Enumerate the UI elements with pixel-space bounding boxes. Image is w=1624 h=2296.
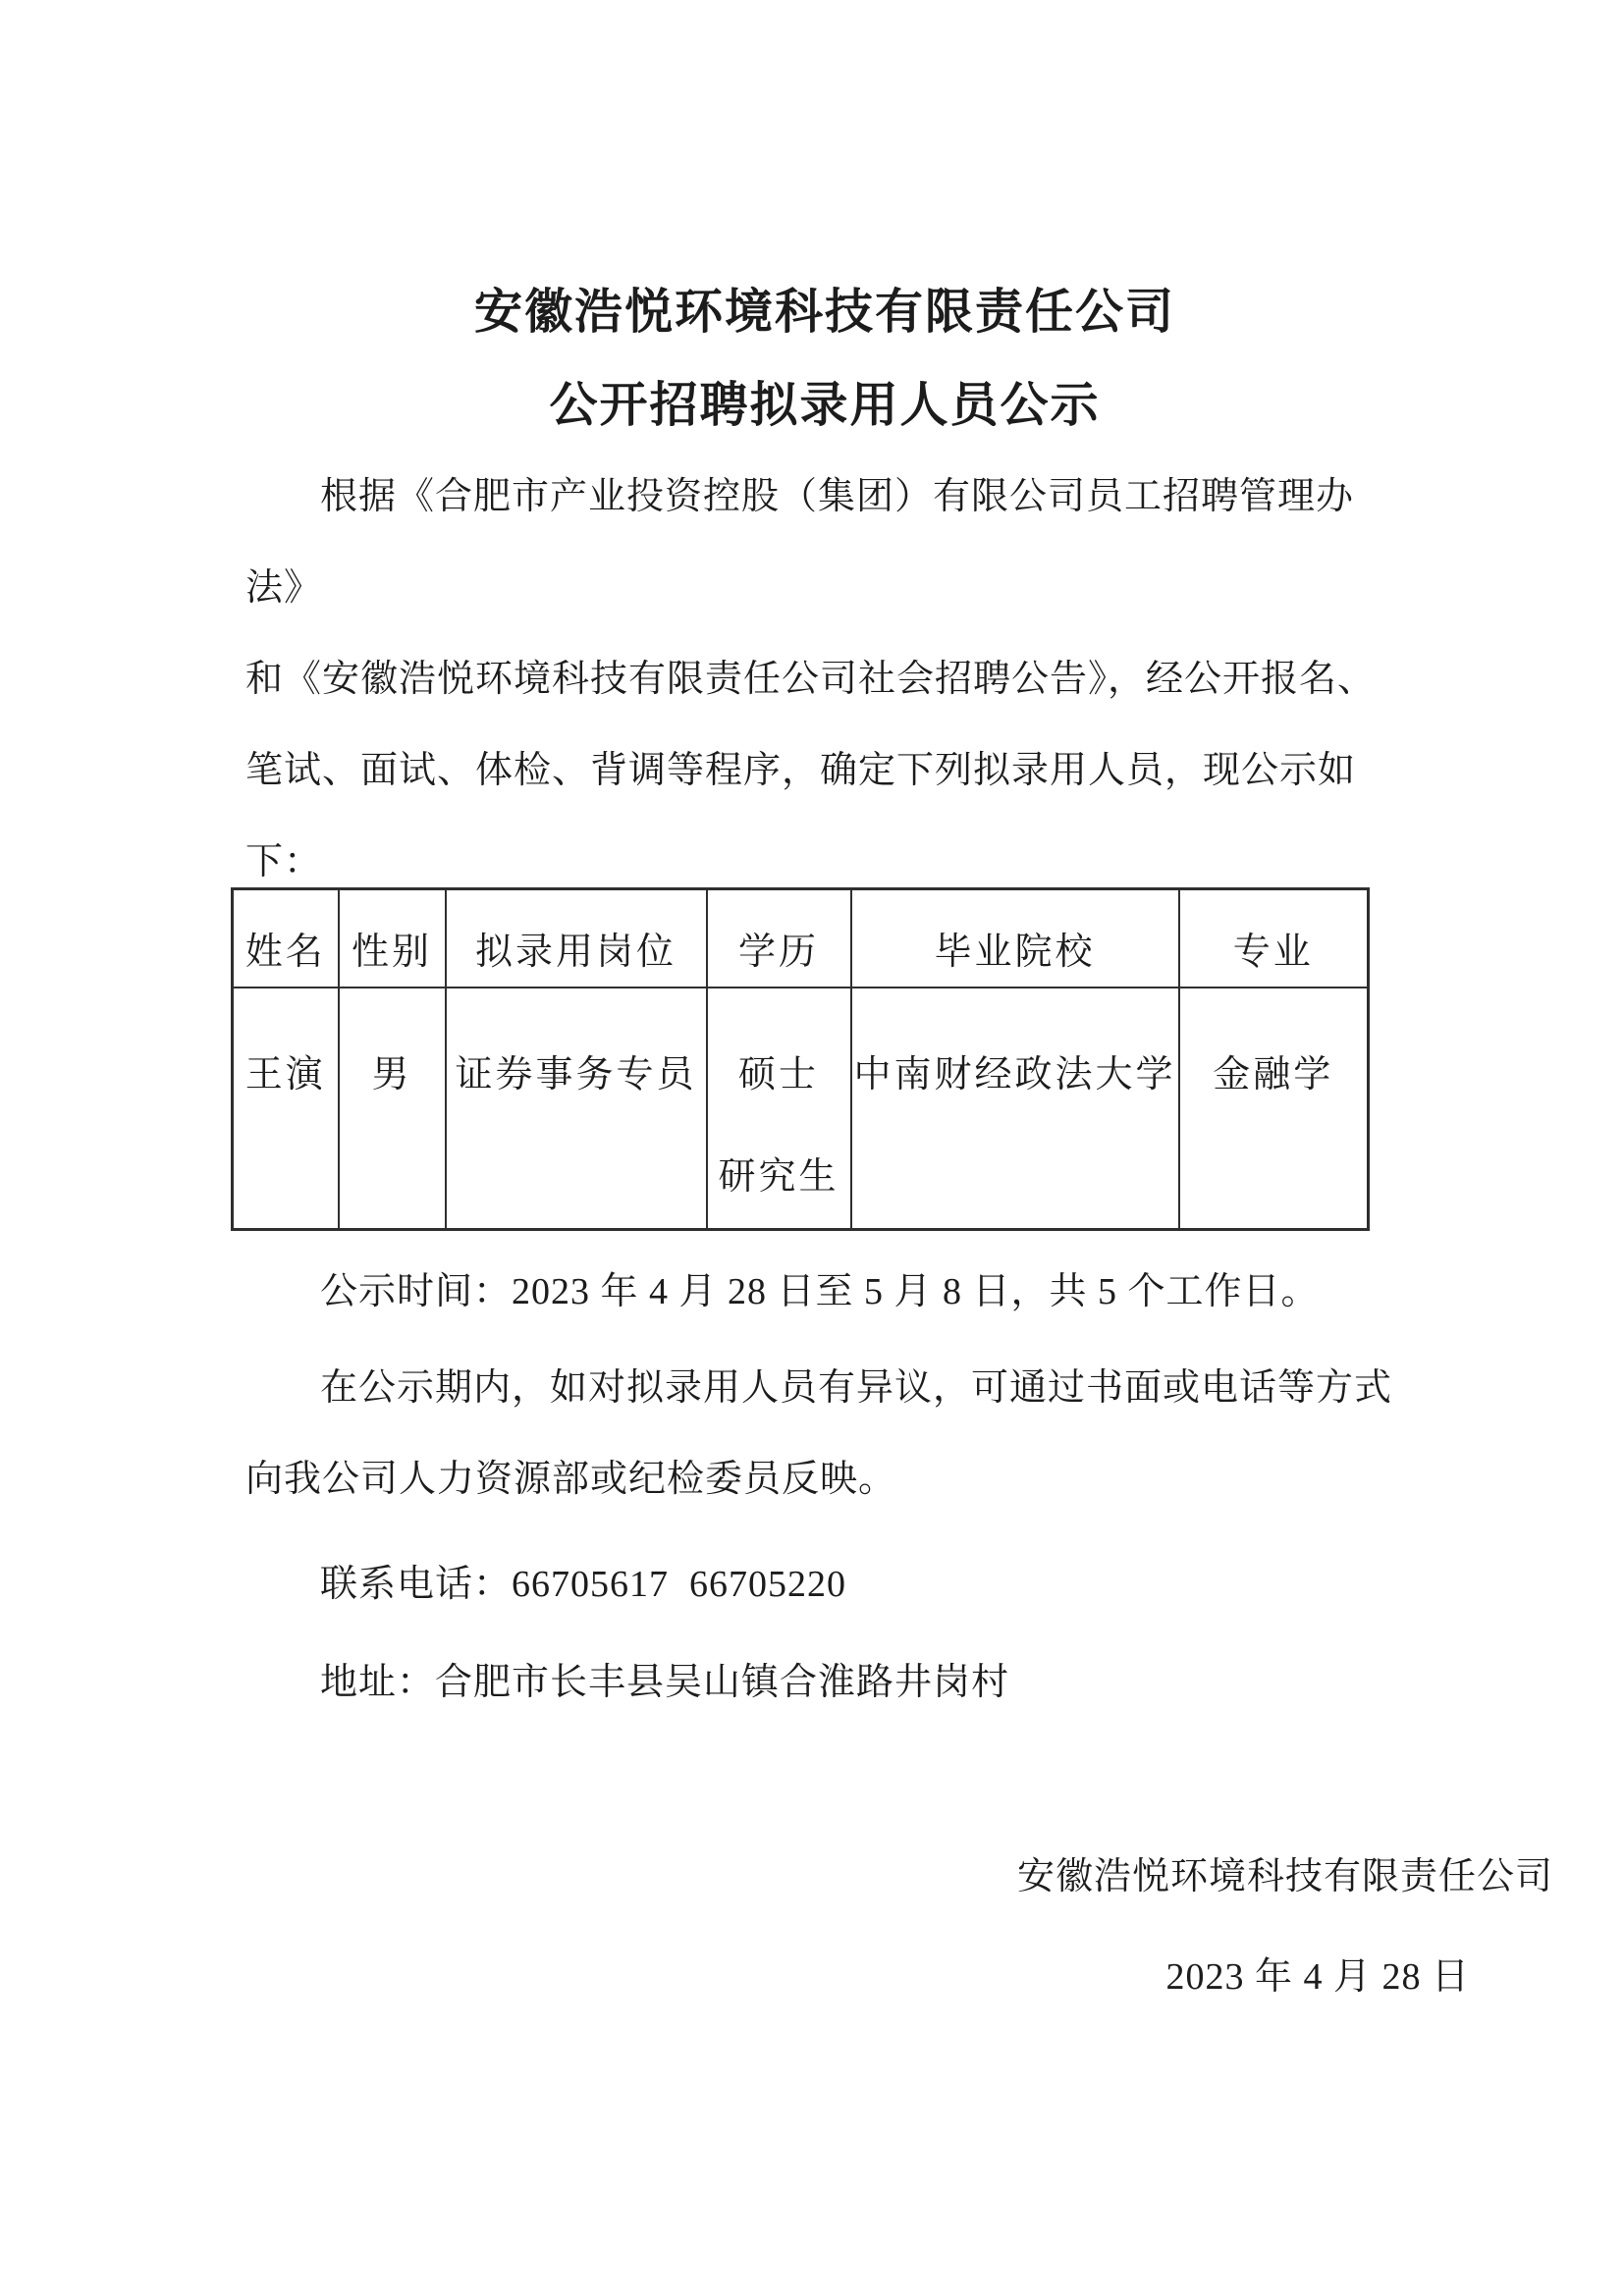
cell-school: 中南财经政法大学 — [851, 988, 1179, 1230]
title-line-1: 安徽浩悦环境科技有限责任公司 — [245, 265, 1404, 358]
objection-paragraph: 在公示期内，如对拟录用人员有异议，可通过书面或电话等方式 向我公司人力资源部或纪… — [245, 1343, 1404, 1525]
contact-phone-line: 联系电话：66705617 66705220 — [245, 1539, 1404, 1630]
document-page: 安徽浩悦环境科技有限责任公司 公开招聘拟录用人员公示 根据《合肥市产业投资控股（… — [0, 0, 1624, 2296]
col-header-school: 毕业院校 — [851, 889, 1179, 988]
signature-date: 2023 年 4 月 28 日 — [0, 1932, 1624, 2023]
col-header-education: 学历 — [707, 889, 851, 988]
signature-company: 安徽浩悦环境科技有限责任公司 — [0, 1832, 1624, 1923]
cell-education: 硕士 研究生 — [707, 988, 851, 1230]
cell-name: 王演 — [233, 988, 339, 1230]
cell-gender: 男 — [339, 988, 446, 1230]
table-row: 王演 男 证券事务专员 硕士 研究生 中南财经政法大学 金融学 — [233, 988, 1369, 1230]
table-header-row: 姓名 性别 拟录用岗位 学历 毕业院校 专业 — [233, 889, 1369, 988]
intro-paragraph: 根据《合肥市产业投资控股（集团）有限公司员工招聘管理办法》 和《安徽浩悦环境科技… — [245, 452, 1404, 908]
col-header-position: 拟录用岗位 — [446, 889, 707, 988]
document-title: 安徽浩悦环境科技有限责任公司 公开招聘拟录用人员公示 — [245, 265, 1404, 452]
document-body: 安徽浩悦环境科技有限责任公司 公开招聘拟录用人员公示 根据《合肥市产业投资控股（… — [0, 265, 1624, 1729]
cell-major: 金融学 — [1179, 988, 1369, 1230]
proposed-hire-table: 姓名 性别 拟录用岗位 学历 毕业院校 专业 王演 男 证券事务专员 硕士 研究… — [231, 887, 1370, 1231]
address-line: 地址：合肥市长丰县吴山镇合淮路井岗村 — [245, 1637, 1404, 1729]
title-line-2: 公开招聘拟录用人员公示 — [245, 358, 1404, 452]
cell-position: 证券事务专员 — [446, 988, 707, 1230]
col-header-gender: 性别 — [339, 889, 446, 988]
col-header-major: 专业 — [1179, 889, 1369, 988]
publicity-period-paragraph: 公示时间：2023 年 4 月 28 日至 5 月 8 日，共 5 个工作日。 — [245, 1247, 1404, 1338]
